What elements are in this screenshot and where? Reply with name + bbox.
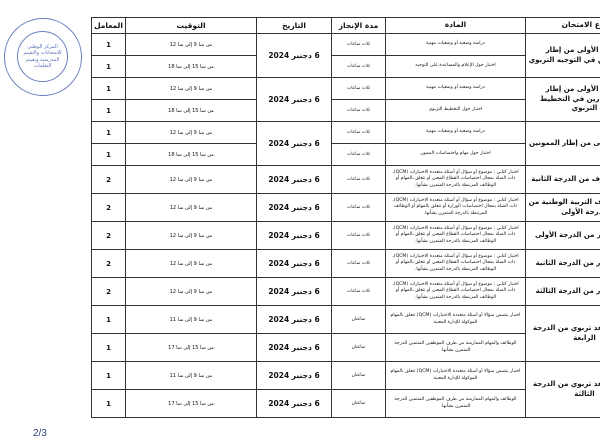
time-cell: من سا 9 إلى سا 11	[126, 306, 257, 334]
subject-cell: اختبار حول مهام واختصاصات الممون	[386, 144, 526, 166]
duration-cell: ثلاث ساعات	[332, 78, 386, 100]
subject-cell: اختبار كتابي : موضوع أو سؤال أو أسئلة مت…	[386, 194, 526, 222]
duration-cell: ثلاث ساعات	[332, 34, 386, 56]
header-coefficient: المعامل	[92, 18, 126, 34]
duration-cell: ثلاث ساعات	[332, 122, 386, 144]
exam-schedule-table: نوع الامتحان المادة مدة الإنجاز التاريخ …	[91, 17, 600, 418]
coefficient-cell: 1	[92, 122, 126, 144]
duration-cell: ثلاث ساعات	[332, 222, 386, 250]
time-cell: من سا 15 إلى سا 17	[126, 334, 257, 362]
exam-type-cell: درجة متصرف التربية الوطنية من الدرجة الأ…	[526, 194, 600, 222]
subject-cell: اختبار كتابي : موضوع أو سؤال أو أسئلة مت…	[386, 166, 526, 194]
duration-cell: ثلاث ساعات	[332, 278, 386, 306]
time-cell: من سا 9 إلى سا 12	[126, 194, 257, 222]
exam-type-cell: درجة متصرف من الدرجة الثانية	[526, 166, 600, 194]
header-time: التوقيت	[126, 18, 257, 34]
time-cell: من سا 9 إلى سا 12	[126, 250, 257, 278]
duration-cell: ثلاث ساعات	[332, 100, 386, 122]
date-cell: 6 دجنبر 2024	[257, 222, 332, 250]
date-cell: 6 دجنبر 2024	[257, 306, 332, 334]
exam-type-cell: الدرجة الأولى من إطار المستشارين في التو…	[526, 34, 600, 78]
exam-type-cell: الدرجة الأولى من إطار الممونين	[526, 122, 600, 166]
date-cell: 6 دجنبر 2024	[257, 78, 332, 122]
exam-type-cell: درجة مساعد تربوي من الدرجة الثالثة	[526, 362, 600, 418]
coefficient-cell: 1	[92, 334, 126, 362]
coefficient-cell: 2	[92, 166, 126, 194]
coefficient-cell: 1	[92, 34, 126, 56]
date-cell: 6 دجنبر 2024	[257, 250, 332, 278]
coefficient-cell: 2	[92, 222, 126, 250]
exam-type-cell: درجة محرر من الدرجة الثانية	[526, 250, 600, 278]
coefficient-cell: 2	[92, 250, 126, 278]
coefficient-cell: 1	[92, 390, 126, 418]
duration-cell: ثلاث ساعات	[332, 56, 386, 78]
time-cell: من سا 15 إلى سا 17	[126, 390, 257, 418]
time-cell: من سا 9 إلى سا 12	[126, 78, 257, 100]
date-cell: 6 دجنبر 2024	[257, 122, 332, 166]
table-row: درجة متصرف من الدرجة الثانية اختبار كتاب…	[92, 166, 600, 194]
coefficient-cell: 1	[92, 362, 126, 390]
table-row: اختبار حول التخطيط التربوي ثلاث ساعات من…	[92, 100, 600, 122]
time-cell: من سا 15 إلى سا 18	[126, 56, 257, 78]
exam-type-cell: درجة مساعد تربوي من الدرجة الرابعة	[526, 306, 600, 362]
exam-type-cell: الدرجة الأولى من إطار المستشارين في التخ…	[526, 78, 600, 122]
duration-cell: ثلاث ساعات	[332, 250, 386, 278]
coefficient-cell: 1	[92, 144, 126, 166]
coefficient-cell: 2	[92, 194, 126, 222]
coefficient-cell: 1	[92, 306, 126, 334]
duration-cell: ثلاث ساعات	[332, 166, 386, 194]
time-cell: من سا 15 إلى سا 18	[126, 100, 257, 122]
table-row: الوظائف والمهام الممارسة من طرف الموظفين…	[92, 390, 600, 418]
subject-cell: اختبار حول التخطيط التربوي	[386, 100, 526, 122]
table-row: درجة مساعد تربوي من الدرجة الثالثة اختبا…	[92, 362, 600, 390]
table-row: الدرجة الأولى من إطار المستشارين في التو…	[92, 34, 600, 56]
date-cell: 6 دجنبر 2024	[257, 34, 332, 78]
stamp-inner-text: المركز الوطني للامتحانات والتقييم المدرس…	[17, 31, 68, 82]
subject-cell: اختبار كتابي : موضوع أو سؤال أو أسئلة مت…	[386, 250, 526, 278]
time-cell: من سا 15 إلى سا 18	[126, 144, 257, 166]
duration-cell: ثلاث ساعات	[332, 194, 386, 222]
date-cell: 6 دجنبر 2024	[257, 278, 332, 306]
coefficient-cell: 1	[92, 56, 126, 78]
table-row: درجة محرر من الدرجة الأولى اختبار كتابي …	[92, 222, 600, 250]
date-cell: 6 دجنبر 2024	[257, 362, 332, 390]
header-duration: مدة الإنجاز	[332, 18, 386, 34]
duration-cell: ثلاث ساعات	[332, 144, 386, 166]
table-row: الدرجة الأولى من إطار الممونين دراسة وضع…	[92, 122, 600, 144]
subject-cell: الوظائف والمهام الممارسة من طرف الموظفين…	[386, 390, 526, 418]
coefficient-cell: 1	[92, 100, 126, 122]
header-exam-type: نوع الامتحان	[526, 18, 600, 34]
table-row: درجة محرر من الدرجة الثالثة اختبار كتابي…	[92, 278, 600, 306]
table-row: اختبار حول الإعلام والمساعدة على التوجيه…	[92, 56, 600, 78]
table-row: درجة مساعد تربوي من الدرجة الرابعة اختبا…	[92, 306, 600, 334]
time-cell: من سا 9 إلى سا 12	[126, 166, 257, 194]
exam-type-cell: درجة محرر من الدرجة الأولى	[526, 222, 600, 250]
duration-cell: ساعتان	[332, 362, 386, 390]
time-cell: من سا 9 إلى سا 12	[126, 222, 257, 250]
coefficient-cell: 1	[92, 78, 126, 100]
subject-cell: اختبار كتابي : موضوع أو سؤال أو أسئلة مت…	[386, 278, 526, 306]
time-cell: من سا 9 إلى سا 11	[126, 362, 257, 390]
duration-cell: ساعتان	[332, 306, 386, 334]
coefficient-cell: 2	[92, 278, 126, 306]
duration-cell: ساعتان	[332, 334, 386, 362]
table-row: الدرجة الأولى من إطار المستشارين في التخ…	[92, 78, 600, 100]
table-row: درجة متصرف التربية الوطنية من الدرجة الأ…	[92, 194, 600, 222]
page-number: 2/3	[33, 428, 47, 439]
subject-cell: دراسة وضعية أو وضعيات مهنية	[386, 34, 526, 56]
table-row: الوظائف والمهام الممارسة من طرف الموظفين…	[92, 334, 600, 362]
duration-cell: ساعتان	[332, 390, 386, 418]
time-cell: من سا 9 إلى سا 12	[126, 122, 257, 144]
exam-type-cell: درجة محرر من الدرجة الثالثة	[526, 278, 600, 306]
subject-cell: اختبار يتضمن سؤالا أو أسئلة متعددة الاخت…	[386, 362, 526, 390]
subject-cell: الوظائف والمهام الممارسة من طرف الموظفين…	[386, 334, 526, 362]
date-cell: 6 دجنبر 2024	[257, 194, 332, 222]
table-row: درجة محرر من الدرجة الثانية اختبار كتابي…	[92, 250, 600, 278]
header-subject: المادة	[386, 18, 526, 34]
date-cell: 6 دجنبر 2024	[257, 166, 332, 194]
subject-cell: اختبار حول الإعلام والمساعدة على التوجيه	[386, 56, 526, 78]
time-cell: من سا 9 إلى سا 12	[126, 34, 257, 56]
subject-cell: اختبار يتضمن سؤالا أو أسئلة متعددة الاخت…	[386, 306, 526, 334]
header-date: التاريخ	[257, 18, 332, 34]
table-row: اختبار حول مهام واختصاصات الممون ثلاث سا…	[92, 144, 600, 166]
official-stamp: المركز الوطني للامتحانات والتقييم المدرس…	[4, 18, 82, 96]
date-cell: 6 دجنبر 2024	[257, 334, 332, 362]
table-header-row: نوع الامتحان المادة مدة الإنجاز التاريخ …	[92, 18, 600, 34]
subject-cell: دراسة وضعية أو وضعيات مهنية	[386, 78, 526, 100]
subject-cell: اختبار كتابي : موضوع أو سؤال أو أسئلة مت…	[386, 222, 526, 250]
time-cell: من سا 9 إلى سا 12	[126, 278, 257, 306]
subject-cell: دراسة وضعية أو وضعيات مهنية	[386, 122, 526, 144]
date-cell: 6 دجنبر 2024	[257, 390, 332, 418]
